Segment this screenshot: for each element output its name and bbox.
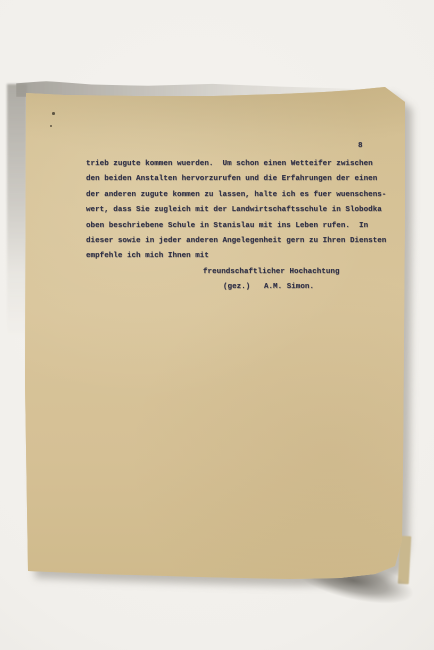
typewritten-line: dieser sowie in jeder anderen Angelegenh…	[86, 234, 386, 249]
typewritten-line: empfehle ich mich Ihnen mit	[86, 249, 386, 264]
typewritten-line: trieb zugute kommen wuerden. Um schon ei…	[86, 157, 386, 172]
ink-speck	[52, 112, 55, 115]
typewritten-line: wert, dass Sie zugleich mit der Landwirt…	[86, 203, 386, 218]
signature-line: (gez.) A.M. Simon.	[223, 280, 386, 295]
typewritten-line: der anderen zugute kommen zu lassen, hal…	[86, 188, 386, 203]
under-sheet-left-edge	[7, 84, 27, 339]
page-number: 8	[358, 139, 363, 154]
scan-background: 8 trieb zugute kommen wuerden. Um schon …	[0, 0, 434, 650]
document-page: 8 trieb zugute kommen wuerden. Um schon …	[24, 84, 406, 582]
ink-speck	[50, 125, 52, 127]
typewritten-line: oben beschriebene Schule in Stanislau mi…	[86, 219, 386, 234]
typewritten-line: den beiden Anstalten hervorzurufen und d…	[86, 172, 386, 187]
typewritten-text: trieb zugute kommen wuerden. Um schon ei…	[86, 157, 386, 296]
closing-line: freundschaftlicher Hochachtung	[203, 265, 386, 280]
